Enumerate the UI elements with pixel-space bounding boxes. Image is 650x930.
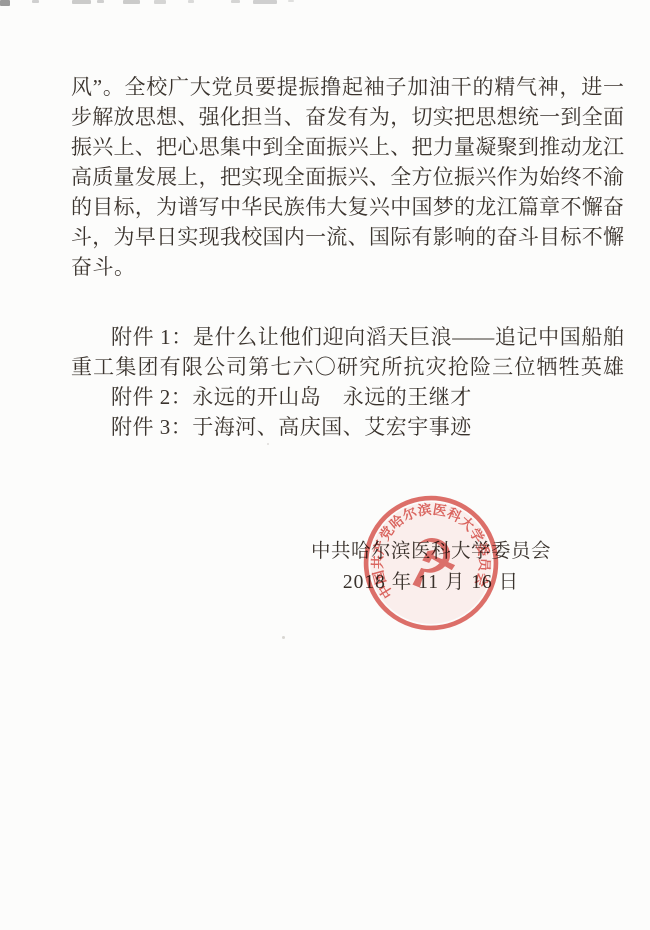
paragraph-line: 的目标，为谱写中华民族伟大复兴中国梦的龙江篇章不懈奋 (71, 192, 624, 222)
body-paragraph: 风”。全校广大党员要提振撸起袖子加油干的精气神，进一 步解放思想、强化担当、奋发… (71, 72, 624, 282)
attachment-line: 重工集团有限公司第七六〇研究所抗灾抢险三位牺牲英雄 (71, 352, 624, 382)
attachment-line: 附件 3：于海河、高庆国、艾宏宇事迹 (71, 412, 624, 442)
attachment-line: 附件 2：永远的开山岛 永远的王继才 (71, 382, 624, 412)
paragraph-line: 振兴上、把心思集中到全面振兴上、把力量凝聚到推动龙江 (71, 132, 624, 162)
scan-speck (282, 636, 285, 639)
paragraph-line: 风”。全校广大党员要提振撸起袖子加油干的精气神，进一 (71, 72, 624, 102)
paragraph-line: 奋斗。 (71, 252, 624, 282)
official-seal: 中国共产党哈尔滨医科大学委员会 ☭ (354, 486, 508, 640)
scan-speck (267, 443, 269, 445)
paragraph-line: 高质量发展上，把实现全面振兴、全方位振兴作为始终不渝 (71, 162, 624, 192)
paragraph-line: 步解放思想、强化担当、奋发有为，切实把思想统一到全面 (71, 102, 624, 132)
top-edge-clipped-text-fragments (0, 0, 650, 8)
paragraph-line: 斗，为早日实现我校国内一流、国际有影响的奋斗目标不懈 (71, 222, 624, 252)
attachment-list: 附件 1：是什么让他们迎向滔天巨浪——追记中国船舶 重工集团有限公司第七六〇研究… (71, 322, 624, 442)
scanned-document-page: 风”。全校广大党员要提振撸起袖子加油干的精气神，进一 步解放思想、强化担当、奋发… (0, 0, 650, 930)
attachment-line: 附件 1：是什么让他们迎向滔天巨浪——追记中国船舶 (71, 322, 624, 352)
